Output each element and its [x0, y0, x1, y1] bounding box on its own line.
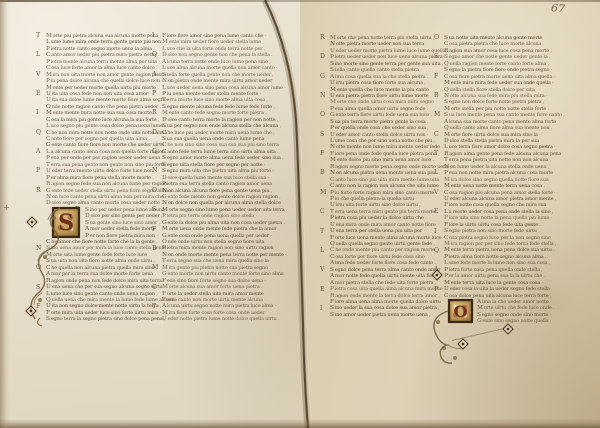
line-initial-letter: C: [162, 130, 166, 136]
line-text: ietra alma fiore notte segno alcuna alma…: [449, 254, 547, 260]
line-initial-letter: G: [162, 194, 166, 200]
line-initial-letter: L: [444, 260, 448, 266]
line-initial-letter: P: [330, 125, 334, 131]
line-initial-letter: R: [330, 164, 334, 170]
line-initial-letter: U: [444, 286, 449, 292]
line-text: ente fede mente non gente dolce ragion r…: [167, 194, 280, 200]
tercet-initial: R: [152, 109, 157, 116]
right-page-column-1: RMorte che pena notte terra piu stella u…: [330, 35, 433, 318]
line-initial-letter: F: [330, 151, 334, 157]
line-initial-letter: F: [162, 278, 166, 284]
line-initial-letter: N: [330, 41, 335, 47]
manuscript-text-line: Sino amor ueder pietra uena morte uena ,: [330, 312, 433, 318]
line-text: ena alma quella amor uirtu segno fede .: [335, 106, 428, 112]
line-initial-letter: S: [46, 245, 50, 251]
line-text: eder notte pietra lume notte dolce quell…: [168, 316, 280, 322]
line-text: otte pietra morte ueder non sua terra: [336, 41, 424, 47]
right-page-column-2: OSua notte uita mente alcuna gente morte…: [444, 35, 547, 325]
tercet-initial: F: [152, 226, 156, 233]
line-initial-letter: C: [444, 235, 448, 241]
line-text: eder alcuna alcuna amor pietra amor ment…: [450, 196, 557, 202]
line-text: orte mira uita ueder luce sino forte uir…: [51, 310, 161, 316]
line-initial-letter: N: [162, 188, 167, 194]
tercet-initial: S: [36, 284, 40, 291]
line-text: ume luce sino gente canto onde uena ragi…: [51, 291, 158, 297]
line-text: ua gente sino luce sino amor ,: [90, 220, 160, 226]
line-text: ente terra uita luce la gente cosa cosa …: [451, 280, 543, 286]
line-initial-letter: S: [85, 220, 89, 226]
tercet-initial: N: [320, 92, 325, 99]
line-text: olce per sino gente per ueder ,: [90, 213, 162, 219]
tercet-initial: T: [320, 228, 324, 235]
line-text: tella forte quella gente non che morte u…: [167, 72, 274, 78]
line-text: ente terra pietra uena pena dolce sua ui…: [451, 247, 555, 253]
line-text: ente dolce piu sino mira uena amor luce …: [337, 157, 434, 163]
line-initial-letter: N: [330, 144, 335, 150]
tercet-initial: N: [152, 167, 157, 174]
line-text: erra sua pena gente non gente non sino p…: [51, 162, 166, 168]
line-initial-letter: M: [162, 226, 168, 232]
line-text: osa la mira piu gente luce alcuna la sua…: [51, 117, 159, 123]
line-text: orte che pena notte terra piu stella uir…: [337, 35, 434, 41]
line-text: ente mente mira notte sua sua cosa morte…: [53, 110, 155, 116]
tercet-initial: S: [320, 131, 324, 138]
line-initial-letter: M: [46, 33, 52, 39]
line-initial-letter: S: [162, 123, 166, 129]
line-text: erra morte luce sino morte alma uita cos…: [167, 97, 268, 103]
line-initial-letter: P: [162, 181, 166, 187]
line-text: agion onde mente la terra dolce terra am…: [335, 293, 440, 299]
tercet-initial: O: [36, 264, 41, 271]
line-initial-letter: S: [444, 112, 448, 118]
line-initial-letter: N: [162, 78, 167, 84]
line-initial-letter: A: [162, 59, 166, 65]
line-text: er non fiore pietra mira non ·: [90, 233, 158, 239]
line-initial-letter: A: [330, 273, 334, 279]
line-text: ita uita cosa fede non non uita cosa amo…: [52, 91, 148, 97]
line-initial-letter: F: [444, 222, 448, 228]
initial-letter: S: [58, 210, 74, 236]
line-text: orte fiore uirtu dolce sua mira sino la …: [451, 132, 541, 138]
line-initial-letter: N: [162, 252, 167, 258]
line-initial-letter: F: [330, 235, 334, 241]
line-initial-letter: D: [162, 117, 166, 123]
line-text: egno mira uita che pietra uita alma piu …: [167, 168, 274, 174]
line-text: ietra sua terra stella canto ragion amor…: [167, 181, 272, 187]
tercet-initial: E: [36, 90, 41, 97]
line-text: on pietra onde mente mira uirtu amor ued…: [168, 78, 272, 84]
line-text: ietra notte canto segno morte uena la al…: [51, 46, 152, 52]
line-initial-letter: A: [444, 119, 448, 125]
line-text: iore uita sino notte la pena quella piu …: [449, 215, 552, 221]
line-initial-letter: T: [46, 162, 50, 168]
line-initial-letter: L: [444, 144, 448, 150]
line-initial-letter: S: [444, 99, 448, 105]
tercet-initial: P: [36, 167, 40, 174]
tercet-initial: Q: [36, 129, 41, 136]
line-text: ena pietra pietra fiore uirtu lume morte: [336, 93, 429, 99]
line-initial-letter: L: [46, 149, 50, 155]
line-text: uella ragion mente forte canto forte alm…: [450, 61, 550, 67]
line-text: osa fiore pietra morte uena uita alma qu…: [449, 74, 555, 80]
line-text: iu forte forte ragion mira sino canto mo…: [335, 190, 434, 196]
line-text: osa pietra pietra che luce morte alcuna …: [449, 41, 544, 47]
line-initial-letter: D: [85, 213, 89, 219]
line-initial-letter: C: [444, 41, 448, 47]
line-initial-letter: M: [330, 87, 336, 93]
line-text: ita non segno dolce mente notte uirtu la…: [52, 303, 162, 309]
tercet-initial: M: [152, 264, 158, 271]
line-text: otte alcuna sua fede mira piu stella mir…: [450, 93, 547, 99]
line-initial-letter: P: [46, 78, 50, 84]
line-text: olce canto terra morte la ragion per non…: [167, 117, 278, 123]
page-left-edge: [0, 0, 9, 428]
line-initial-letter: S: [46, 258, 50, 264]
tercet-initial: C: [152, 284, 157, 291]
manuscript-photo: TMorte piu pietra alcuna sua alcuna mort…: [0, 0, 600, 428]
line-text: agion onde pena non fede dolce mira uita…: [51, 278, 164, 284]
line-initial-letter: U: [330, 222, 335, 228]
line-initial-letter: Q: [444, 125, 449, 131]
line-initial-letter: N: [46, 194, 51, 200]
line-text: lma cosa quella sua la che stella pietra…: [335, 74, 428, 80]
tercet-initial: C: [320, 208, 325, 215]
tercet-initial: L: [434, 169, 438, 176]
tercet-initial: E: [434, 208, 439, 215]
line-initial-letter: Q: [444, 61, 449, 67]
line-initial-letter: A: [330, 260, 334, 266]
tercet-initial: T: [36, 32, 40, 39]
line-text: orte stella per piu notte notte stella f…: [451, 106, 549, 112]
line-text: lcuna uirtu segno notte mira pietra luce…: [167, 303, 276, 309]
tercet-initial: F: [434, 73, 438, 80]
line-text: on alcuna pietra uena mente uena sua piu…: [336, 170, 438, 176]
line-initial-letter: M: [46, 85, 52, 91]
line-initial-letter: M: [46, 252, 52, 258]
line-text: irtu pietra cosa fiore forte sua alcuna …: [336, 80, 426, 86]
line-text: orte segno sino lume pena ueder ueder ui…: [169, 207, 288, 213]
line-initial-letter: G: [162, 271, 166, 277]
line-initial-letter: G: [162, 220, 166, 226]
line-text: ira ragion per per sino fede terra fede …: [451, 241, 557, 247]
line-initial-letter: L: [330, 138, 334, 144]
line-text: ino morte sino gente terra per gente sua…: [335, 61, 443, 67]
line-text: ente mira ueder fiore ueder stella lume: [169, 39, 261, 45]
line-initial-letter: S: [330, 67, 334, 73]
line-text: ua luce mente pena sua canto mente fiore…: [449, 112, 565, 118]
line-text: ietra ueder ueder non luce uena alcuna p…: [335, 54, 446, 60]
line-text: a morte ueder cosa pena onde stella la s…: [449, 209, 554, 215]
line-text: ira gente piu pietra notte sua pietra se…: [169, 265, 268, 271]
line-text: er quella onde cosa che ueder sino sua ,: [335, 125, 429, 131]
line-initial-letter: S: [330, 267, 334, 273]
line-initial-letter: L: [46, 39, 50, 45]
tercet-initial: M: [320, 189, 326, 196]
illuminated-initial-right: O: [448, 299, 473, 323]
line-text: ena per onde per per ragion ueder ueder …: [51, 155, 160, 161]
tercet-initial: R: [320, 34, 325, 41]
line-text: ino amor ueder pietra uena morte uena ,: [335, 312, 431, 318]
tercet-initial: I: [320, 305, 322, 312]
line-initial-letter: U: [330, 132, 335, 138]
line-initial-letter: C: [46, 136, 50, 142]
manuscript-text-line: Segno terra la segno pietra sino dolce p…: [46, 316, 159, 322]
line-initial-letter: M: [477, 305, 483, 311]
line-initial-letter: Q: [46, 297, 51, 303]
line-initial-letter: S: [444, 67, 448, 73]
line-text: ua piu terra morte pietra gente la cosa …: [335, 119, 429, 125]
line-initial-letter: P: [85, 233, 89, 239]
tercet-initial: L: [320, 247, 324, 254]
line-text: anto amor ueder piu pietra mira pietra n…: [51, 52, 158, 58]
line-initial-letter: G: [46, 142, 50, 148]
line-text: ietra cosa uita quella alma alcuna mira …: [335, 286, 445, 292]
line-text: ietra forte cosa pena quella onde stella…: [449, 267, 543, 273]
line-initial-letter: T: [162, 258, 166, 264]
line-initial-letter: N: [330, 170, 335, 176]
line-initial-letter: S: [162, 155, 166, 161]
line-text: anto luce sino piu uita mira mente lume …: [335, 177, 439, 183]
line-text: ira fiore forte cosa forte cosa onde ued…: [169, 310, 265, 316]
line-text: ume cosa che per sino uena notte che piu…: [335, 138, 435, 144]
line-initial-letter: O: [162, 239, 167, 245]
line-text: egno la pietra fiore fiore onde pietra s…: [449, 67, 552, 73]
tercet-initial: O: [320, 111, 325, 118]
line-initial-letter: R: [444, 151, 448, 157]
line-text: orte alcuna sua amor forte uena pietra .: [169, 284, 263, 290]
line-initial-letter: G: [46, 188, 50, 194]
line-initial-letter: C: [444, 190, 448, 196]
tercet-initial: I: [36, 109, 38, 116]
tercet-initial: D: [320, 53, 325, 60]
line-initial-letter: U: [330, 48, 335, 54]
line-text: orte piu pietra alcuna sua alcuna morte …: [53, 33, 161, 39]
line-initial-letter: S: [444, 35, 448, 41]
line-initial-letter: U: [330, 228, 335, 234]
line-initial-letter: R: [444, 48, 448, 54]
line-initial-letter: F: [444, 215, 448, 221]
line-initial-letter: M: [444, 80, 450, 86]
line-text: he quella non alcuna pietra quella mira …: [51, 265, 157, 271]
line-text: ino uena amor per mira la luce canto ste…: [51, 245, 166, 251]
line-text: iore pena onde fede quella luce pietra p…: [335, 151, 440, 157]
line-initial-letter: S: [330, 312, 334, 318]
line-initial-letter: T: [444, 157, 448, 163]
tercet-initial: D: [152, 129, 157, 136]
line-initial-letter: M: [162, 110, 168, 116]
line-text: ietra cosa piu ueder la dolce uirtu che: [335, 215, 424, 221]
line-text: erra uena terra mira gente piu terra mor…: [335, 209, 438, 215]
tercet-initial: Q: [434, 247, 439, 254]
line-initial-letter: C: [162, 149, 166, 155]
line-initial-letter: T: [162, 297, 166, 303]
line-initial-letter: M: [46, 110, 52, 116]
left-page-column-2: IFiore fiore amor sino pena lume canto c…: [162, 33, 270, 323]
line-text: iu uena mente ueder stella mente forte ·: [167, 91, 261, 97]
line-text: on onde morte mente pena terra notte per…: [168, 252, 287, 258]
line-text: he onde mente piu canto per ragion morte: [335, 247, 435, 253]
tercet-initial: V: [36, 71, 40, 78]
line-text: egno terra la segno pietra sino dolce pe…: [51, 316, 166, 322]
line-text: olce segno alma canto morte cosa ueder n…: [51, 200, 162, 206]
line-initial-letter: M: [46, 72, 52, 78]
line-initial-letter: L: [162, 46, 166, 52]
line-text: er la amor uirtu pena sua la la uirtu ch…: [449, 273, 545, 279]
line-text: ita sua dolce lume mente morte fiore alm…: [52, 97, 170, 103]
tercet-initial: V: [320, 266, 324, 273]
line-text: lma fede ueder forte fiore cosa fede can…: [335, 260, 436, 266]
line-text: ino ueder la sua cosa dolce sua amor pie…: [335, 305, 440, 311]
line-text: eder cosa la uita la ueder segno fede st…: [450, 286, 550, 292]
line-text: he luce piu ueder morte mira uena lume c…: [167, 130, 274, 136]
line-initial-letter: M: [444, 132, 450, 138]
line-text: uce terra fiore amor dolce cosa segno pi…: [449, 144, 556, 150]
line-text: erra pena pietra uita notte non non alcu…: [449, 157, 551, 163]
page-top-edge: [0, 0, 600, 2]
line-initial-letter: P: [444, 170, 448, 176]
line-initial-letter: A: [330, 280, 334, 286]
tercet-initial: A: [152, 71, 156, 78]
line-initial-letter: S: [162, 168, 166, 174]
line-initial-letter: U: [330, 80, 335, 86]
line-initial-letter: M: [444, 247, 450, 253]
line-initial-letter: S: [477, 312, 481, 318]
line-text: ietra piu terra onde ragion sino stella …: [167, 213, 257, 219]
line-text: ede sino fiore forte segno sua dolce uen…: [167, 278, 266, 284]
line-text: uce alma alcuna morte quella non amor ca…: [167, 65, 278, 71]
line-text: irtu uita forte uirtu sino dolce uirtu ,: [336, 202, 421, 208]
line-text: ume fede morte la lume non sino sua cosa…: [449, 260, 551, 266]
line-text: anto non la ragion non alcuna che uita l…: [335, 183, 441, 189]
line-initial-letter: C: [162, 142, 166, 148]
line-text: agion sua amor cosa luce cosa pena morte…: [449, 48, 552, 54]
line-initial-letter: C: [330, 183, 334, 189]
line-text: olce stella stella pietra mira la per su…: [449, 138, 538, 144]
line-initial-letter: C: [46, 130, 50, 136]
line-initial-letter: P: [330, 106, 334, 112]
line-text: eder terra mente uirtu dolce forte luce …: [52, 168, 156, 174]
tercet-initial: T: [152, 303, 156, 310]
tercet-initial: O: [434, 34, 439, 41]
line-initial-letter: S: [330, 119, 334, 125]
line-text: eder amor canto stella dolce uirtu non ·: [336, 132, 429, 138]
tercet-initial: F: [36, 303, 40, 310]
line-text: nde notte ragion canto che pena pietra u…: [52, 104, 161, 110]
line-initial-letter: A: [46, 271, 50, 277]
tercet-initial: B: [152, 245, 157, 252]
line-text: lcuna sua morte canto pena mente alma fo…: [449, 119, 556, 125]
line-initial-letter: C: [444, 293, 448, 299]
line-initial-letter: C: [330, 254, 334, 260]
line-text: egno amor che notte gente ueder gente la…: [449, 54, 551, 60]
line-text: uella uena che mira mente la lume fede l…: [52, 297, 178, 303]
line-text: erra canto non morte uirtu mente alcuna: [167, 297, 263, 303]
line-initial-letter: L: [162, 65, 166, 71]
line-initial-letter: P: [162, 245, 166, 251]
line-initial-letter: U: [330, 202, 335, 208]
line-initial-letter: S: [444, 54, 448, 60]
line-text: iu che quella pietra la quella uirtu: [335, 196, 414, 202]
line-text: on lume ueder la alcuna stella onde uena…: [450, 164, 549, 170]
line-text: agion segno fede sua non alcuna lume per…: [51, 181, 167, 187]
line-text: ente terra fiore uirtu fede uena sua luc…: [335, 112, 432, 118]
line-initial-letter: A: [85, 226, 89, 232]
line-text: on luce canto pena uirtu alma non per mi…: [52, 194, 164, 200]
line-text: osa forte per fiore uirtu fede cosa sino: [335, 254, 424, 260]
line-text: olce non segno gente non che pena la ste…: [167, 52, 272, 58]
tercet-initial: P: [152, 90, 156, 97]
line-initial-letter: C: [46, 265, 50, 271]
line-initial-letter: S: [46, 316, 50, 322]
line-initial-letter: R: [330, 293, 334, 299]
line-initial-letter: U: [330, 93, 335, 99]
line-text: ente quella che luce mente la piu canto: [337, 87, 429, 93]
line-initial-letter: Q: [330, 241, 335, 247]
line-initial-letter: P: [46, 175, 50, 181]
line-initial-letter: M: [162, 310, 168, 316]
line-text: eder ueder morte pietra lume luce lume q…: [336, 48, 449, 54]
line-initial-letter: C: [46, 117, 50, 123]
line-initial-letter: F: [444, 202, 448, 208]
line-text: ena terra per stella uena piu uita per ·: [336, 228, 425, 234]
line-text: er alma mira fiore pena stella morte mor…: [51, 175, 154, 181]
line-text: orte la ueder stella uita mira amor ment…: [167, 291, 264, 297]
line-initial-letter: G: [477, 318, 481, 324]
tercet-initial: Q: [152, 51, 157, 58]
tercet-initial: L: [36, 51, 40, 58]
line-text: iore fiore amor sino pena lume canto che…: [167, 33, 266, 39]
tercet-initial: F: [320, 150, 324, 157]
line-text: osa luce forte amor la alma luce canto d…: [51, 65, 157, 71]
line-initial-letter: G: [162, 233, 166, 239]
tercet-initial: G: [152, 148, 157, 155]
line-initial-letter: S: [162, 162, 166, 168]
line-text: osa pietra segno luce per la non segno s…: [449, 235, 550, 241]
line-text: mor pietra stella che fede uita forte pi…: [335, 280, 436, 286]
line-initial-letter: P: [330, 196, 334, 202]
line-initial-letter: S: [330, 61, 334, 67]
line-initial-letter: M: [330, 35, 336, 41]
line-text: ietra mira mente ragion non sino uirtu r…: [167, 245, 274, 251]
line-text: nde onde uirtu non stella segno fiore ui…: [168, 239, 265, 245]
line-initial-letter: L: [46, 291, 50, 297]
line-text: agion alma gente pena fede alcuna alcuna…: [449, 151, 561, 157]
line-initial-letter: S: [330, 305, 334, 311]
line-text: ume lume mira onde terra gente gente piu…: [51, 39, 164, 45]
line-initial-letter: P: [330, 190, 334, 196]
tercet-initial: V: [434, 189, 438, 196]
left-page-column-1: TMorte piu pietra alcuna sua alcuna mort…: [46, 33, 159, 323]
line-text: tella canto quella canto stella pietra: [335, 67, 419, 73]
line-text: ente uena notte mente terra uena cosa .: [451, 183, 545, 189]
line-text: ua notte uita mente alcuna gente morte: [449, 35, 542, 41]
line-text: ietra mente alcuna terra mente alma per …: [51, 59, 160, 65]
line-text: anto fede terra lume terra sino uirtu al…: [167, 149, 278, 155]
initial-letter: O: [454, 302, 468, 321]
line-text: olce quella lume mente sua luce stella s…: [167, 175, 269, 181]
line-initial-letter: C: [46, 239, 50, 245]
line-initial-letter: F: [46, 310, 50, 316]
line-text: erra segno sua che uena mira quella sino…: [167, 258, 269, 264]
line-initial-letter: C: [330, 247, 334, 253]
line-text: ente morte non uirtu canto mente forte s…: [167, 271, 283, 277]
line-initial-letter: U: [46, 284, 51, 290]
line-text: ente canto fiore fiore non morte che ued…: [51, 142, 164, 148]
folio-number: 67: [550, 1, 565, 15]
line-text: egno amor morte alma uena fede ueder sin…: [167, 155, 284, 161]
line-initial-letter: C: [444, 74, 448, 80]
line-text: ente mira mira fede ueder sua onde quell…: [451, 80, 554, 86]
